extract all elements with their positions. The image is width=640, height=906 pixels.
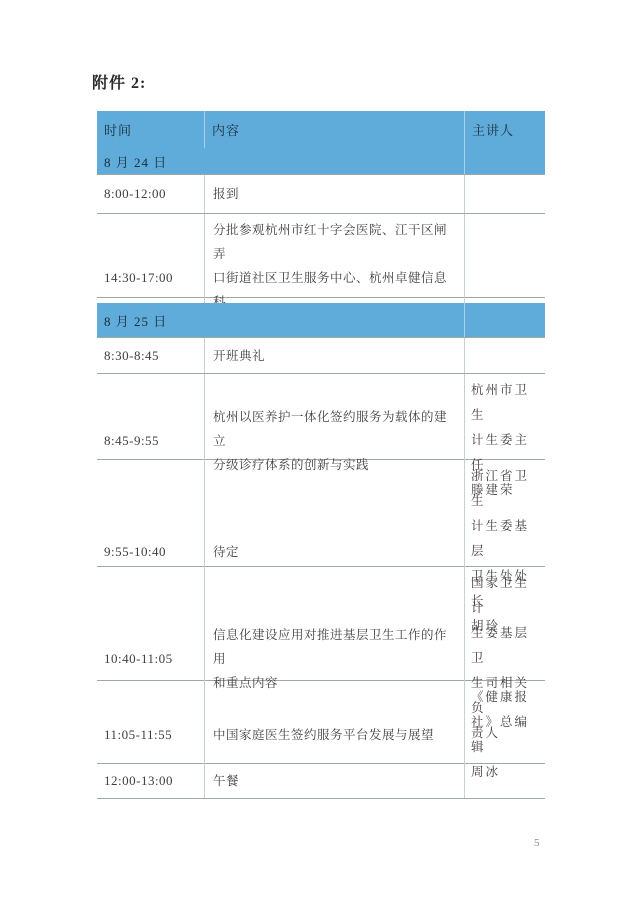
header-speaker: 主讲人 [472,120,514,139]
table-row: 9:55-10:40 待定 浙江省卫生 计生委基层 卫生处处长 胡玲 [97,460,545,567]
content-cell: 中国家庭医生签约服务平台发展与展望 [205,719,440,751]
speaker-cell [465,274,473,282]
time-cell: 11:05-11:55 [97,727,172,743]
agenda-table: 时间 内容 主讲人 8 月 24 日 8:00-12:00 报到 14:30-1… [97,111,545,799]
table-row: 12:00-13:00 午餐 [97,764,545,799]
table-row: 8:45-9:55 杭州以医养护一体化签约服务为载体的建立 分级诊疗体系的创新与… [97,374,545,460]
table-row: 14:30-17:00 分批参观杭州市红十字会医院、江干区闸弄 口街道社区卫生服… [97,214,545,298]
speaker-cell [465,190,473,198]
time-cell: 12:00-13:00 [97,773,173,789]
content-cell: 报到 [205,178,245,210]
table-row: 8:30-8:45 开班典礼 [97,338,545,374]
speaker-cell [465,777,473,785]
page-number: 5 [534,837,540,849]
content-cell: 开班典礼 [205,340,271,372]
time-cell: 10:40-11:05 [97,651,173,667]
speaker-cell [465,352,473,360]
table-header: 时间 内容 主讲人 8 月 24 日 [97,111,545,175]
time-cell: 9:55-10:40 [97,544,166,560]
attachment-title: 附件 2: [92,70,146,93]
time-cell: 14:30-17:00 [97,270,173,286]
header-time: 时间 [104,120,132,139]
table-row: 8:00-12:00 报到 [97,175,545,214]
date-aug24: 8 月 24 日 [104,152,167,171]
table-row: 11:05-11:55 中国家庭医生签约服务平台发展与展望 《健康报 社》总编辑… [97,681,545,764]
content-cell: 待定 [205,536,245,568]
content-cell: 午餐 [205,765,245,797]
header-column-divider [464,303,465,337]
document-page: 附件 2: 时间 内容 主讲人 8 月 24 日 8:00-12:00 报到 1… [0,0,640,906]
header-column-divider [204,111,205,148]
time-cell: 8:45-9:55 [97,433,159,449]
header-column-divider [464,111,465,174]
table-row: 10:40-11:05 信息化建设应用对推进基层卫生工作的作用 和重点内容 国家… [97,567,545,681]
date-band-aug25: 8 月 25 日 [97,303,545,338]
date-aug25: 8 月 25 日 [97,311,167,330]
header-content: 内容 [212,120,240,139]
time-cell: 8:30-8:45 [97,348,159,364]
time-cell: 8:00-12:00 [97,186,166,202]
